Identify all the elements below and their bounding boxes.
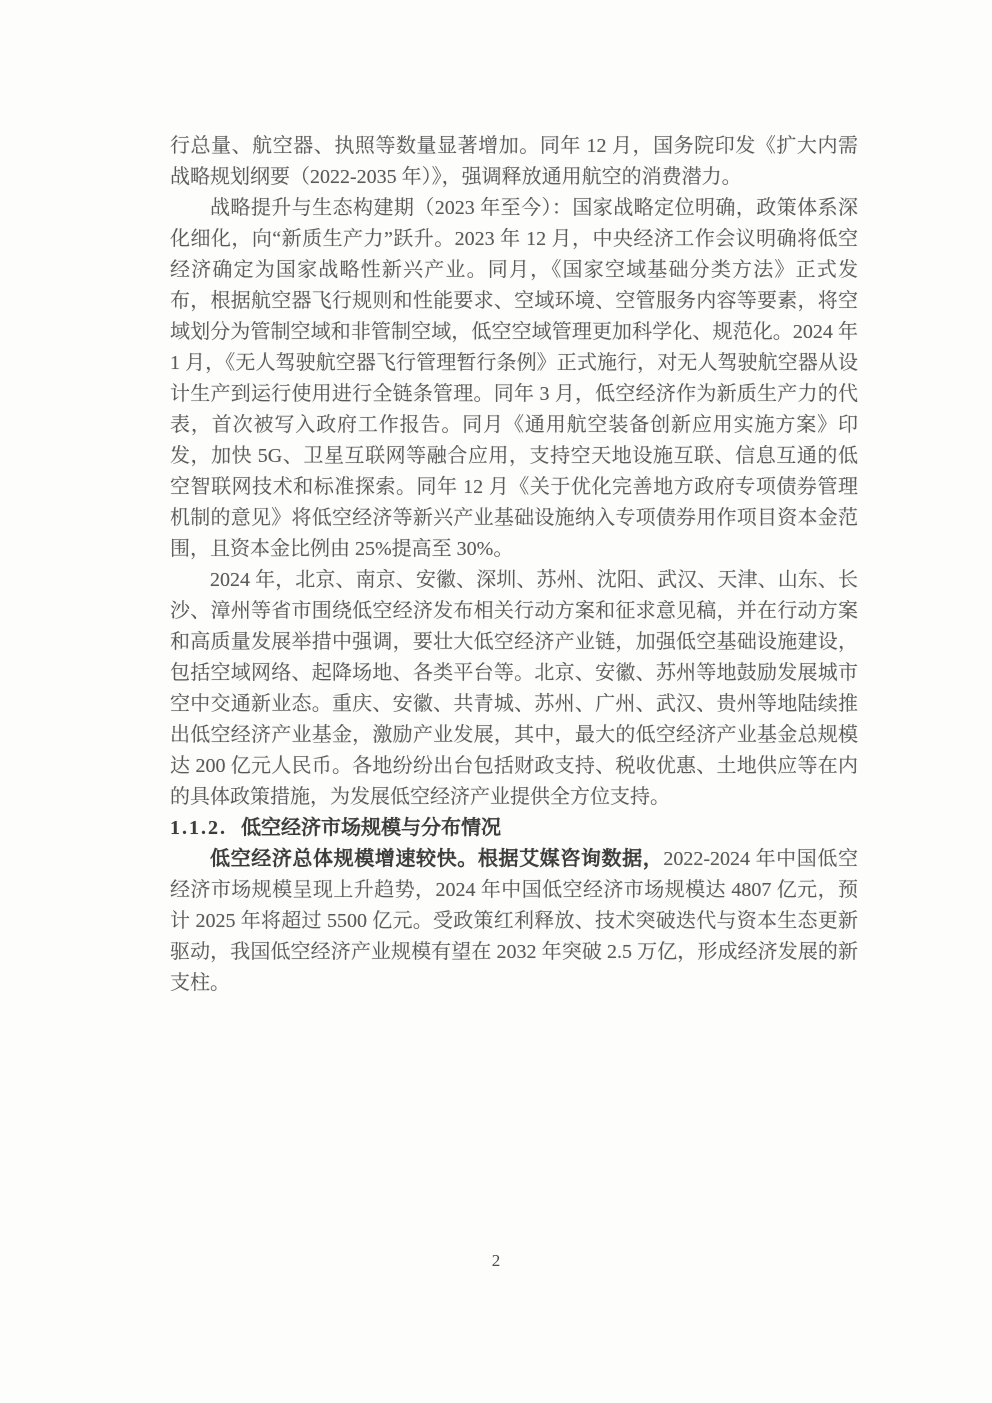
section-heading: 1.1.2.低空经济市场规模与分布情况 xyxy=(170,813,858,844)
page-number: 2 xyxy=(0,1251,992,1271)
paragraph-market-size: 低空经济总体规模增速较快。根据艾媒咨询数据，2022-2024 年中国低空经济市… xyxy=(170,844,858,999)
paragraph-strategy-period: 战略提升与生态构建期（2023 年至今）：国家战略定位明确，政策体系深化细化，向… xyxy=(170,193,858,565)
section-heading-title: 低空经济市场规模与分布情况 xyxy=(241,817,501,839)
document-page: 行总量、航空器、执照等数量显著增加。同年 12 月，国务院印发《扩大内需战略规划… xyxy=(0,0,992,1403)
paragraph-regional-policies: 2024 年，北京、南京、安徽、深圳、苏州、沈阳、武汉、天津、山东、长沙、漳州等… xyxy=(170,565,858,813)
section-heading-number: 1.1.2. xyxy=(170,817,227,839)
document-body: 行总量、航空器、执照等数量显著增加。同年 12 月，国务院印发《扩大内需战略规划… xyxy=(170,131,858,999)
paragraph-market-size-bold-lead: 低空经济总体规模增速较快。根据艾媒咨询数据， xyxy=(210,848,663,870)
paragraph-continuation: 行总量、航空器、执照等数量显著增加。同年 12 月，国务院印发《扩大内需战略规划… xyxy=(170,131,858,193)
